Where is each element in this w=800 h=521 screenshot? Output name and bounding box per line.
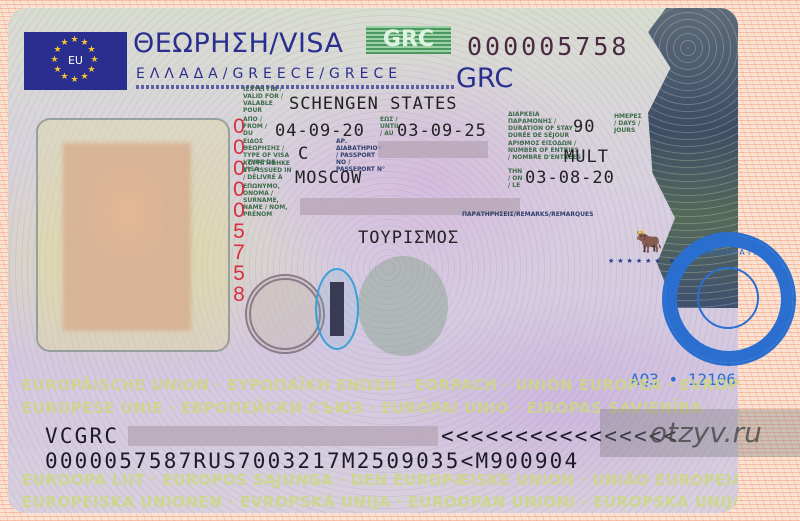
type-value: C bbox=[298, 144, 309, 164]
watermark: otzyv.ru bbox=[600, 409, 800, 457]
eu-band-1: EUROPÄISCHE UNION · ΕΥΡΩΠΑΪΚΗ ΕΝΩΣΗ · EO… bbox=[22, 376, 738, 394]
flag-label: EU bbox=[51, 54, 101, 67]
issuing-country: ΕΛΛΑΔΑ/GREECE/GRECE bbox=[136, 66, 402, 82]
remarks-label: ΠΑΡΑΤΗΡΗΣΕΙΣ/REMARKS/REMARQUES bbox=[462, 211, 662, 218]
holder-photo-blurred bbox=[63, 143, 191, 331]
issued-in-value: MOSCOW bbox=[295, 168, 362, 188]
issued-on-label: ΤΗΝ / ON / LE bbox=[508, 168, 523, 189]
stamp-text: ΕΛΛΗΝΙΚΗ ΔΗΜΟΚΡΑΤΙΑ bbox=[665, 239, 793, 257]
ghost-watermark bbox=[358, 256, 448, 356]
mrz-name-redacted bbox=[128, 426, 438, 446]
stamp-emblem-icon bbox=[697, 267, 759, 329]
eu-band-3: EUROOPA LIIT · EUROPOS SĄJUNGA · DEN EUR… bbox=[22, 471, 738, 489]
entries-value: MULT bbox=[564, 147, 609, 167]
duration-unit: ΗΜΕΡΕΣ / DAYS / JOURS bbox=[614, 113, 644, 134]
valid-for-value: SCHENGEN STATES bbox=[289, 94, 458, 114]
until-value: 03-09-25 bbox=[397, 121, 487, 141]
hologram-emblem-icon bbox=[245, 274, 325, 354]
passport-value-redacted bbox=[378, 141, 488, 158]
bull-emblem-icon: 🐂 bbox=[635, 230, 662, 255]
microtext-rule bbox=[136, 85, 454, 89]
from-label: ΑΠΟ / FROM / DU bbox=[243, 116, 275, 137]
name-label: ΕΠΩΝΥΜΟ, ΟΝΟΜΑ / SURNAME, NAME / NOM, PR… bbox=[243, 183, 298, 218]
issued-in-label: ΧΟΡΗΓΗΘΗΚΕ ΣΤ / ISSUED IN / DÉLIVRÉ À bbox=[243, 160, 293, 181]
grc-ghost-code: GRC bbox=[366, 26, 451, 54]
issued-on-value: 03-08-20 bbox=[525, 168, 615, 188]
consular-stamp: ΕΛΛΗΝΙΚΗ ΔΗΜΟΚΡΑΤΙΑ bbox=[662, 232, 796, 366]
eu-stars-icon: ★ ★ ★ ★ ★ ★ ★ ★ ★ ★ ★ ★ EU bbox=[51, 36, 101, 86]
visa-title: ΘΕΩΡΗΣΗ/VISA bbox=[133, 28, 344, 59]
eu-band-4: EUROPEISKA UNIONEN · EVROPSKÁ UNIJA · EU… bbox=[22, 493, 738, 511]
valid-for-label: ΙΣΧΥΕΙ ΓΙΑ / VALID FOR / VALABLE POUR bbox=[243, 86, 288, 114]
duration-label: ΔΙΑΡΚΕΙΑ ΠΑΡΑΜΟΝΗΣ / DURATION OF STAY / … bbox=[508, 111, 583, 139]
eu-flag: ★ ★ ★ ★ ★ ★ ★ ★ ★ ★ ★ ★ EU bbox=[24, 32, 127, 90]
visa-number: 000005758 bbox=[467, 32, 629, 61]
remarks-value: ΤΟΥΡΙΣΜΟΣ bbox=[358, 228, 459, 248]
duration-value: 90 bbox=[573, 117, 595, 137]
mrz-line-1-prefix: VCGRC bbox=[45, 424, 119, 448]
country-code: GRC bbox=[456, 63, 513, 94]
hologram-eu-icon bbox=[315, 268, 359, 350]
mrz-line-2: 0000057587RUS7003217M2509035<M900904 bbox=[45, 449, 579, 473]
hologram bbox=[245, 268, 355, 348]
